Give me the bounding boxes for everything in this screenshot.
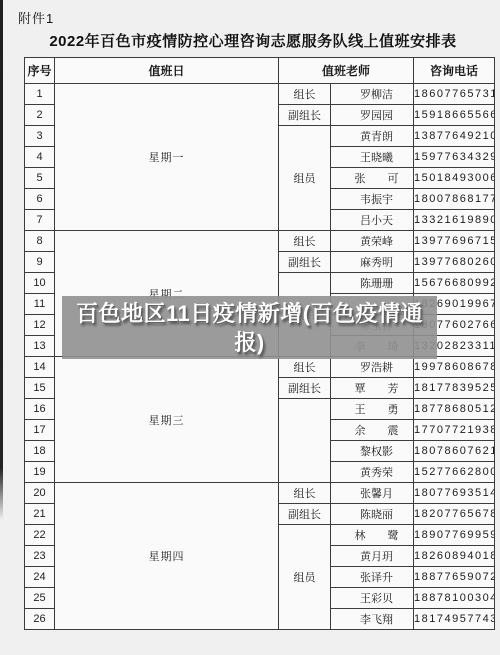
role-cell: 副组长 bbox=[279, 105, 331, 126]
table-title: 2022年百色市疫情防控心理咨询志愿服务队线上值班安排表 bbox=[18, 30, 488, 51]
scan-edge-bar bbox=[0, 0, 3, 520]
name-cell: 韦振宇 bbox=[331, 189, 414, 210]
index-cell: 11 bbox=[25, 294, 55, 315]
phone-cell: 15277662800 bbox=[414, 462, 495, 483]
name-cell: 张馨月 bbox=[331, 483, 414, 504]
name-cell: 陈晓丽 bbox=[331, 504, 414, 525]
name-cell: 罗园园 bbox=[331, 105, 414, 126]
name-cell: 罗浩耕 bbox=[331, 357, 414, 378]
index-cell: 6 bbox=[25, 189, 55, 210]
watermark-overlay: 百色地区11日疫情新增(百色疫情通报) bbox=[62, 296, 437, 359]
phone-cell: 18174957743 bbox=[414, 609, 495, 630]
index-cell: 1 bbox=[25, 84, 55, 105]
name-cell: 吕小天 bbox=[331, 210, 414, 231]
index-cell: 12 bbox=[25, 315, 55, 336]
name-cell: 王 勇 bbox=[331, 399, 414, 420]
index-cell: 25 bbox=[25, 588, 55, 609]
header-index: 序号 bbox=[25, 58, 55, 84]
role-cell: 副组长 bbox=[279, 252, 331, 273]
index-cell: 9 bbox=[25, 252, 55, 273]
phone-cell: 13877649210 bbox=[414, 126, 495, 147]
index-cell: 14 bbox=[25, 357, 55, 378]
phone-cell: 18078607621 bbox=[414, 441, 495, 462]
document-page: 附件1 2022年百色市疫情防控心理咨询志愿服务队线上值班安排表 序号 值班日 … bbox=[0, 0, 500, 655]
index-cell: 16 bbox=[25, 399, 55, 420]
phone-cell: 18260894018 bbox=[414, 546, 495, 567]
day-cell: 星期四 bbox=[55, 483, 279, 630]
name-cell: 罗柳洁 bbox=[331, 84, 414, 105]
table-row: 14星期三组长罗浩耕19978608678 bbox=[25, 357, 495, 378]
index-cell: 23 bbox=[25, 546, 55, 567]
index-cell: 5 bbox=[25, 168, 55, 189]
index-cell: 21 bbox=[25, 504, 55, 525]
header-phone: 咨询电话 bbox=[414, 58, 495, 84]
index-cell: 20 bbox=[25, 483, 55, 504]
role-cell: 组员 bbox=[279, 525, 331, 630]
index-cell: 3 bbox=[25, 126, 55, 147]
index-cell: 8 bbox=[25, 231, 55, 252]
day-cell: 星期三 bbox=[55, 357, 279, 483]
phone-cell: 18907769959 bbox=[414, 525, 495, 546]
role-cell: 组员 bbox=[279, 126, 331, 231]
phone-cell: 15018493006 bbox=[414, 168, 495, 189]
name-cell: 余 震 bbox=[331, 420, 414, 441]
header-duty-teacher: 值班老师 bbox=[279, 58, 414, 84]
index-cell: 22 bbox=[25, 525, 55, 546]
index-cell: 26 bbox=[25, 609, 55, 630]
table-header-row: 序号 值班日 值班老师 咨询电话 bbox=[25, 58, 495, 84]
index-cell: 13 bbox=[25, 336, 55, 357]
index-cell: 19 bbox=[25, 462, 55, 483]
phone-cell: 15977634329 bbox=[414, 147, 495, 168]
phone-cell: 13977696715 bbox=[414, 231, 495, 252]
name-cell: 林 鹭 bbox=[331, 525, 414, 546]
table-row: 1星期一组长罗柳洁18607765731 bbox=[25, 84, 495, 105]
phone-cell: 15918665566 bbox=[414, 105, 495, 126]
index-cell: 17 bbox=[25, 420, 55, 441]
phone-cell: 18077693514 bbox=[414, 483, 495, 504]
table-row: 20星期四组长张馨月18077693514 bbox=[25, 483, 495, 504]
name-cell: 张 可 bbox=[331, 168, 414, 189]
name-cell: 王彩贝 bbox=[331, 588, 414, 609]
role-cell: 组长 bbox=[279, 483, 331, 504]
phone-cell: 18007868177 bbox=[414, 189, 495, 210]
role-cell: 副组长 bbox=[279, 378, 331, 399]
name-cell: 麻秀明 bbox=[331, 252, 414, 273]
phone-cell: 17707721938 bbox=[414, 420, 495, 441]
role-cell: 组长 bbox=[279, 84, 331, 105]
phone-cell: 19978608678 bbox=[414, 357, 495, 378]
role-cell bbox=[279, 399, 331, 483]
name-cell: 黄月玥 bbox=[331, 546, 414, 567]
phone-cell: 18607765731 bbox=[414, 84, 495, 105]
index-cell: 7 bbox=[25, 210, 55, 231]
watermark-text: 百色地区11日疫情新增(百色疫情通报) bbox=[68, 299, 431, 357]
table-row: 8星期二组长黄荣峰13977696715 bbox=[25, 231, 495, 252]
name-cell: 陈珊珊 bbox=[331, 273, 414, 294]
name-cell: 覃 芳 bbox=[331, 378, 414, 399]
name-cell: 黄青朗 bbox=[331, 126, 414, 147]
name-cell: 王晓曦 bbox=[331, 147, 414, 168]
index-cell: 4 bbox=[25, 147, 55, 168]
phone-cell: 15676680992 bbox=[414, 273, 495, 294]
name-cell: 黎权影 bbox=[331, 441, 414, 462]
name-cell: 张译升 bbox=[331, 567, 414, 588]
phone-cell: 18177839525 bbox=[414, 378, 495, 399]
phone-cell: 18877659072 bbox=[414, 567, 495, 588]
index-cell: 24 bbox=[25, 567, 55, 588]
index-cell: 18 bbox=[25, 441, 55, 462]
role-cell: 副组长 bbox=[279, 504, 331, 525]
index-cell: 2 bbox=[25, 105, 55, 126]
day-cell: 星期一 bbox=[55, 84, 279, 231]
header-duty-day: 值班日 bbox=[55, 58, 279, 84]
role-cell: 组长 bbox=[279, 357, 331, 378]
role-cell: 组长 bbox=[279, 231, 331, 252]
phone-cell: 18778680512 bbox=[414, 399, 495, 420]
phone-cell: 13977680260 bbox=[414, 252, 495, 273]
phone-cell: 13321619890 bbox=[414, 210, 495, 231]
name-cell: 黄秀荣 bbox=[331, 462, 414, 483]
index-cell: 10 bbox=[25, 273, 55, 294]
index-cell: 15 bbox=[25, 378, 55, 399]
phone-cell: 18207765678 bbox=[414, 504, 495, 525]
phone-cell: 18878100304 bbox=[414, 588, 495, 609]
name-cell: 黄荣峰 bbox=[331, 231, 414, 252]
name-cell: 李飞翔 bbox=[331, 609, 414, 630]
attachment-label: 附件1 bbox=[18, 8, 54, 27]
